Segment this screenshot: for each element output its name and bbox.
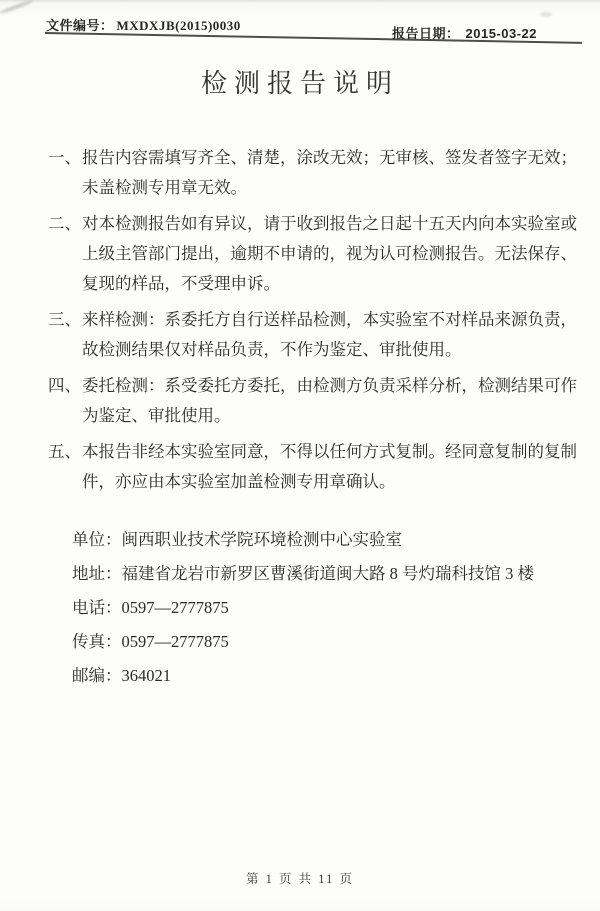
report-date-value: 2015-03-22	[466, 26, 538, 41]
contact-block: 单位：闽西职业技术学院环境检测中心实验室 地址：福建省龙岩市新罗区曹溪街道闽大路…	[72, 523, 534, 693]
item-number: 一、	[48, 143, 81, 173]
item-number: 五、	[48, 437, 81, 467]
item-text: 对本检测报告如有异议，请于收到报告之日起十五天内向本实验室或上级主管部门提出，逾…	[82, 214, 577, 293]
instructions-list: 一、报告内容需填写齐全、清楚，涂改无效；无审核、签发者签字无效；未盖检测专用章无…	[48, 143, 582, 503]
list-item: 二、对本检测报告如有异议，请于收到报告之日起十五天内向本实验室或上级主管部门提出…	[48, 209, 580, 299]
item-text: 委托检测：系受委托方委托，由检测方负责采样分析，检测结果可作为鉴定、审批使用。	[82, 376, 577, 425]
contact-line-fax: 传真：0597—2777875	[72, 625, 534, 659]
list-item: 四、委托检测：系受委托方委托，由检测方负责采样分析，检测结果可作为鉴定、审批使用…	[48, 371, 580, 431]
contact-line-phone: 电话：0597—2777875	[72, 591, 534, 625]
page-title: 检测报告说明	[0, 63, 600, 100]
contact-value: 364021	[122, 666, 172, 685]
contact-value: 福建省龙岩市新罗区曹溪街道闽大路 8 号灼瑞科技馆 3 楼	[122, 564, 535, 583]
contact-value: 0597—2777875	[122, 598, 229, 617]
contact-label: 电话：	[72, 598, 122, 617]
item-text: 本报告非经本实验室同意，不得以任何方式复制。经同意复制的复制件，亦应由本实验室加…	[82, 442, 577, 491]
file-number-label: 文件编号：	[46, 18, 114, 33]
contact-value: 0597—2777875	[122, 632, 229, 651]
contact-line-unit: 单位：闽西职业技术学院环境检测中心实验室	[72, 523, 534, 557]
contact-label: 单位：	[72, 530, 122, 549]
item-number: 三、	[48, 305, 81, 335]
page-number: 第 1 页 共 11 页	[246, 872, 354, 886]
item-number: 四、	[48, 371, 81, 401]
list-item: 五、本报告非经本实验室同意，不得以任何方式复制。经同意复制的复制件，亦应由本实验…	[48, 437, 580, 497]
scan-edge-shadow	[0, 0, 600, 3]
file-number-value: MXDXJB(2015)0030	[117, 18, 241, 33]
file-number: 文件编号：MXDXJB(2015)0030	[46, 15, 241, 34]
scan-smudge-top-right	[540, 12, 552, 17]
contact-line-postcode: 邮编：364021	[72, 659, 534, 693]
report-page: 文件编号：MXDXJB(2015)0030 报告日期：2015-03-22 检测…	[0, 0, 600, 911]
contact-line-address: 地址：福建省龙岩市新罗区曹溪街道闽大路 8 号灼瑞科技馆 3 楼	[72, 557, 534, 591]
contact-label: 地址：	[72, 564, 122, 583]
item-text: 报告内容需填写齐全、清楚，涂改无效；无审核、签发者签字无效；未盖检测专用章无效。	[82, 148, 577, 197]
page-footer: 第 1 页 共 11 页	[0, 869, 600, 887]
item-text: 来样检测：系委托方自行送样品检测，本实验室不对样品来源负责，故检测结果仅对样品负…	[82, 310, 577, 359]
list-item: 三、来样检测：系委托方自行送样品检测，本实验室不对样品来源负责，故检测结果仅对样…	[48, 305, 580, 365]
item-number: 二、	[48, 209, 81, 239]
contact-value: 闽西职业技术学院环境检测中心实验室	[122, 530, 403, 549]
contact-label: 传真：	[72, 632, 122, 651]
list-item: 一、报告内容需填写齐全、清楚，涂改无效；无审核、签发者签字无效；未盖检测专用章无…	[48, 143, 580, 203]
contact-label: 邮编：	[72, 666, 122, 685]
